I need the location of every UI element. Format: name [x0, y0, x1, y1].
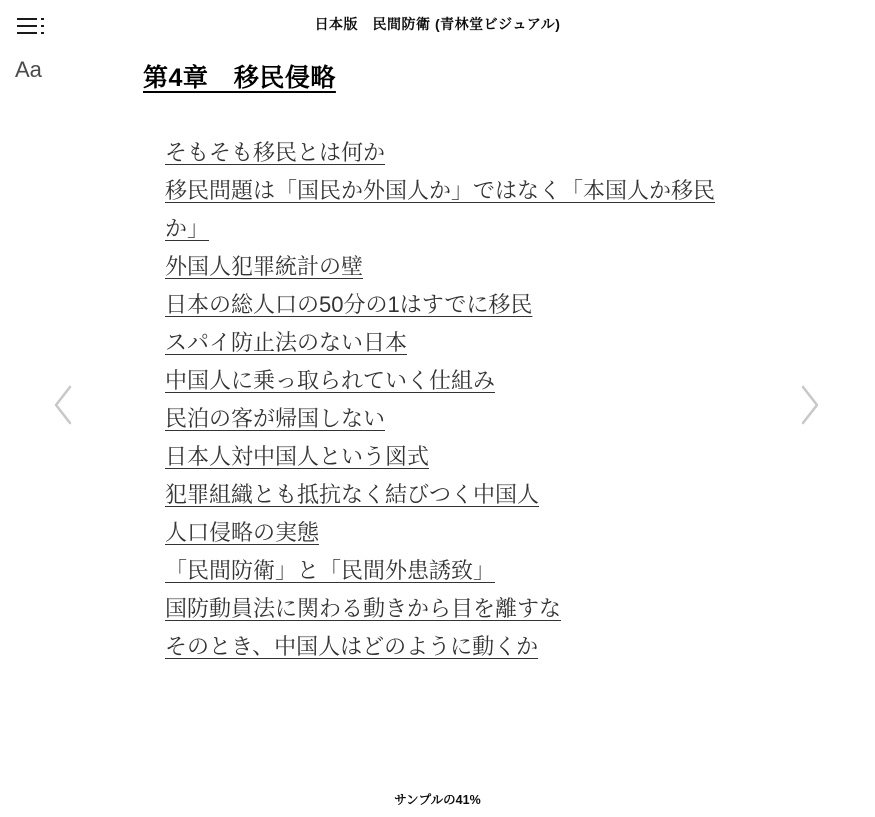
progress-label: サンプルの41% — [0, 790, 875, 808]
toc-list: そもそも移民とは何か 移民問題は「国民か外国人か」ではなく「本国人か移民か」 外… — [165, 134, 739, 666]
toc-item[interactable]: スパイ防止法のない日本 — [165, 324, 739, 362]
font-settings-button[interactable]: Aa — [15, 57, 42, 83]
toc-item[interactable]: 犯罪組織とも抵抗なく結びつく中国人 — [165, 476, 739, 514]
toc-item[interactable]: 外国人犯罪統計の壁 — [165, 248, 739, 286]
chevron-left-icon — [48, 416, 80, 431]
chapter-title-link[interactable]: 第4章 移民侵略 — [143, 58, 336, 94]
toc-item[interactable]: 日本人対中国人という図式 — [165, 438, 739, 476]
toc-item[interactable]: 移民問題は「国民か外国人か」ではなく「本国人か移民か」 — [165, 172, 739, 248]
chevron-right-icon — [793, 416, 825, 431]
toc-item[interactable]: そもそも移民とは何か — [165, 134, 739, 172]
toc-item[interactable]: 日本の総人口の50分の1はすでに移民 — [165, 286, 739, 324]
toc-item[interactable]: 人口侵略の実態 — [165, 514, 739, 552]
toc-item[interactable]: 民泊の客が帰国しない — [165, 400, 739, 438]
next-page-button[interactable] — [793, 382, 825, 428]
toc-item[interactable]: 中国人に乗っ取られていく仕組み — [165, 362, 739, 400]
toc-item[interactable]: そのとき、中国人はどのように動くか — [165, 628, 739, 666]
prev-page-button[interactable] — [48, 382, 80, 428]
toc-item[interactable]: 国防動員法に関わる動きから目を離すな — [165, 590, 739, 628]
toc-item[interactable]: 「民間防衛」と「民間外患誘致」 — [165, 552, 739, 590]
book-title: 日本版 民間防衛 (青林堂ビジュアル) — [0, 14, 875, 34]
